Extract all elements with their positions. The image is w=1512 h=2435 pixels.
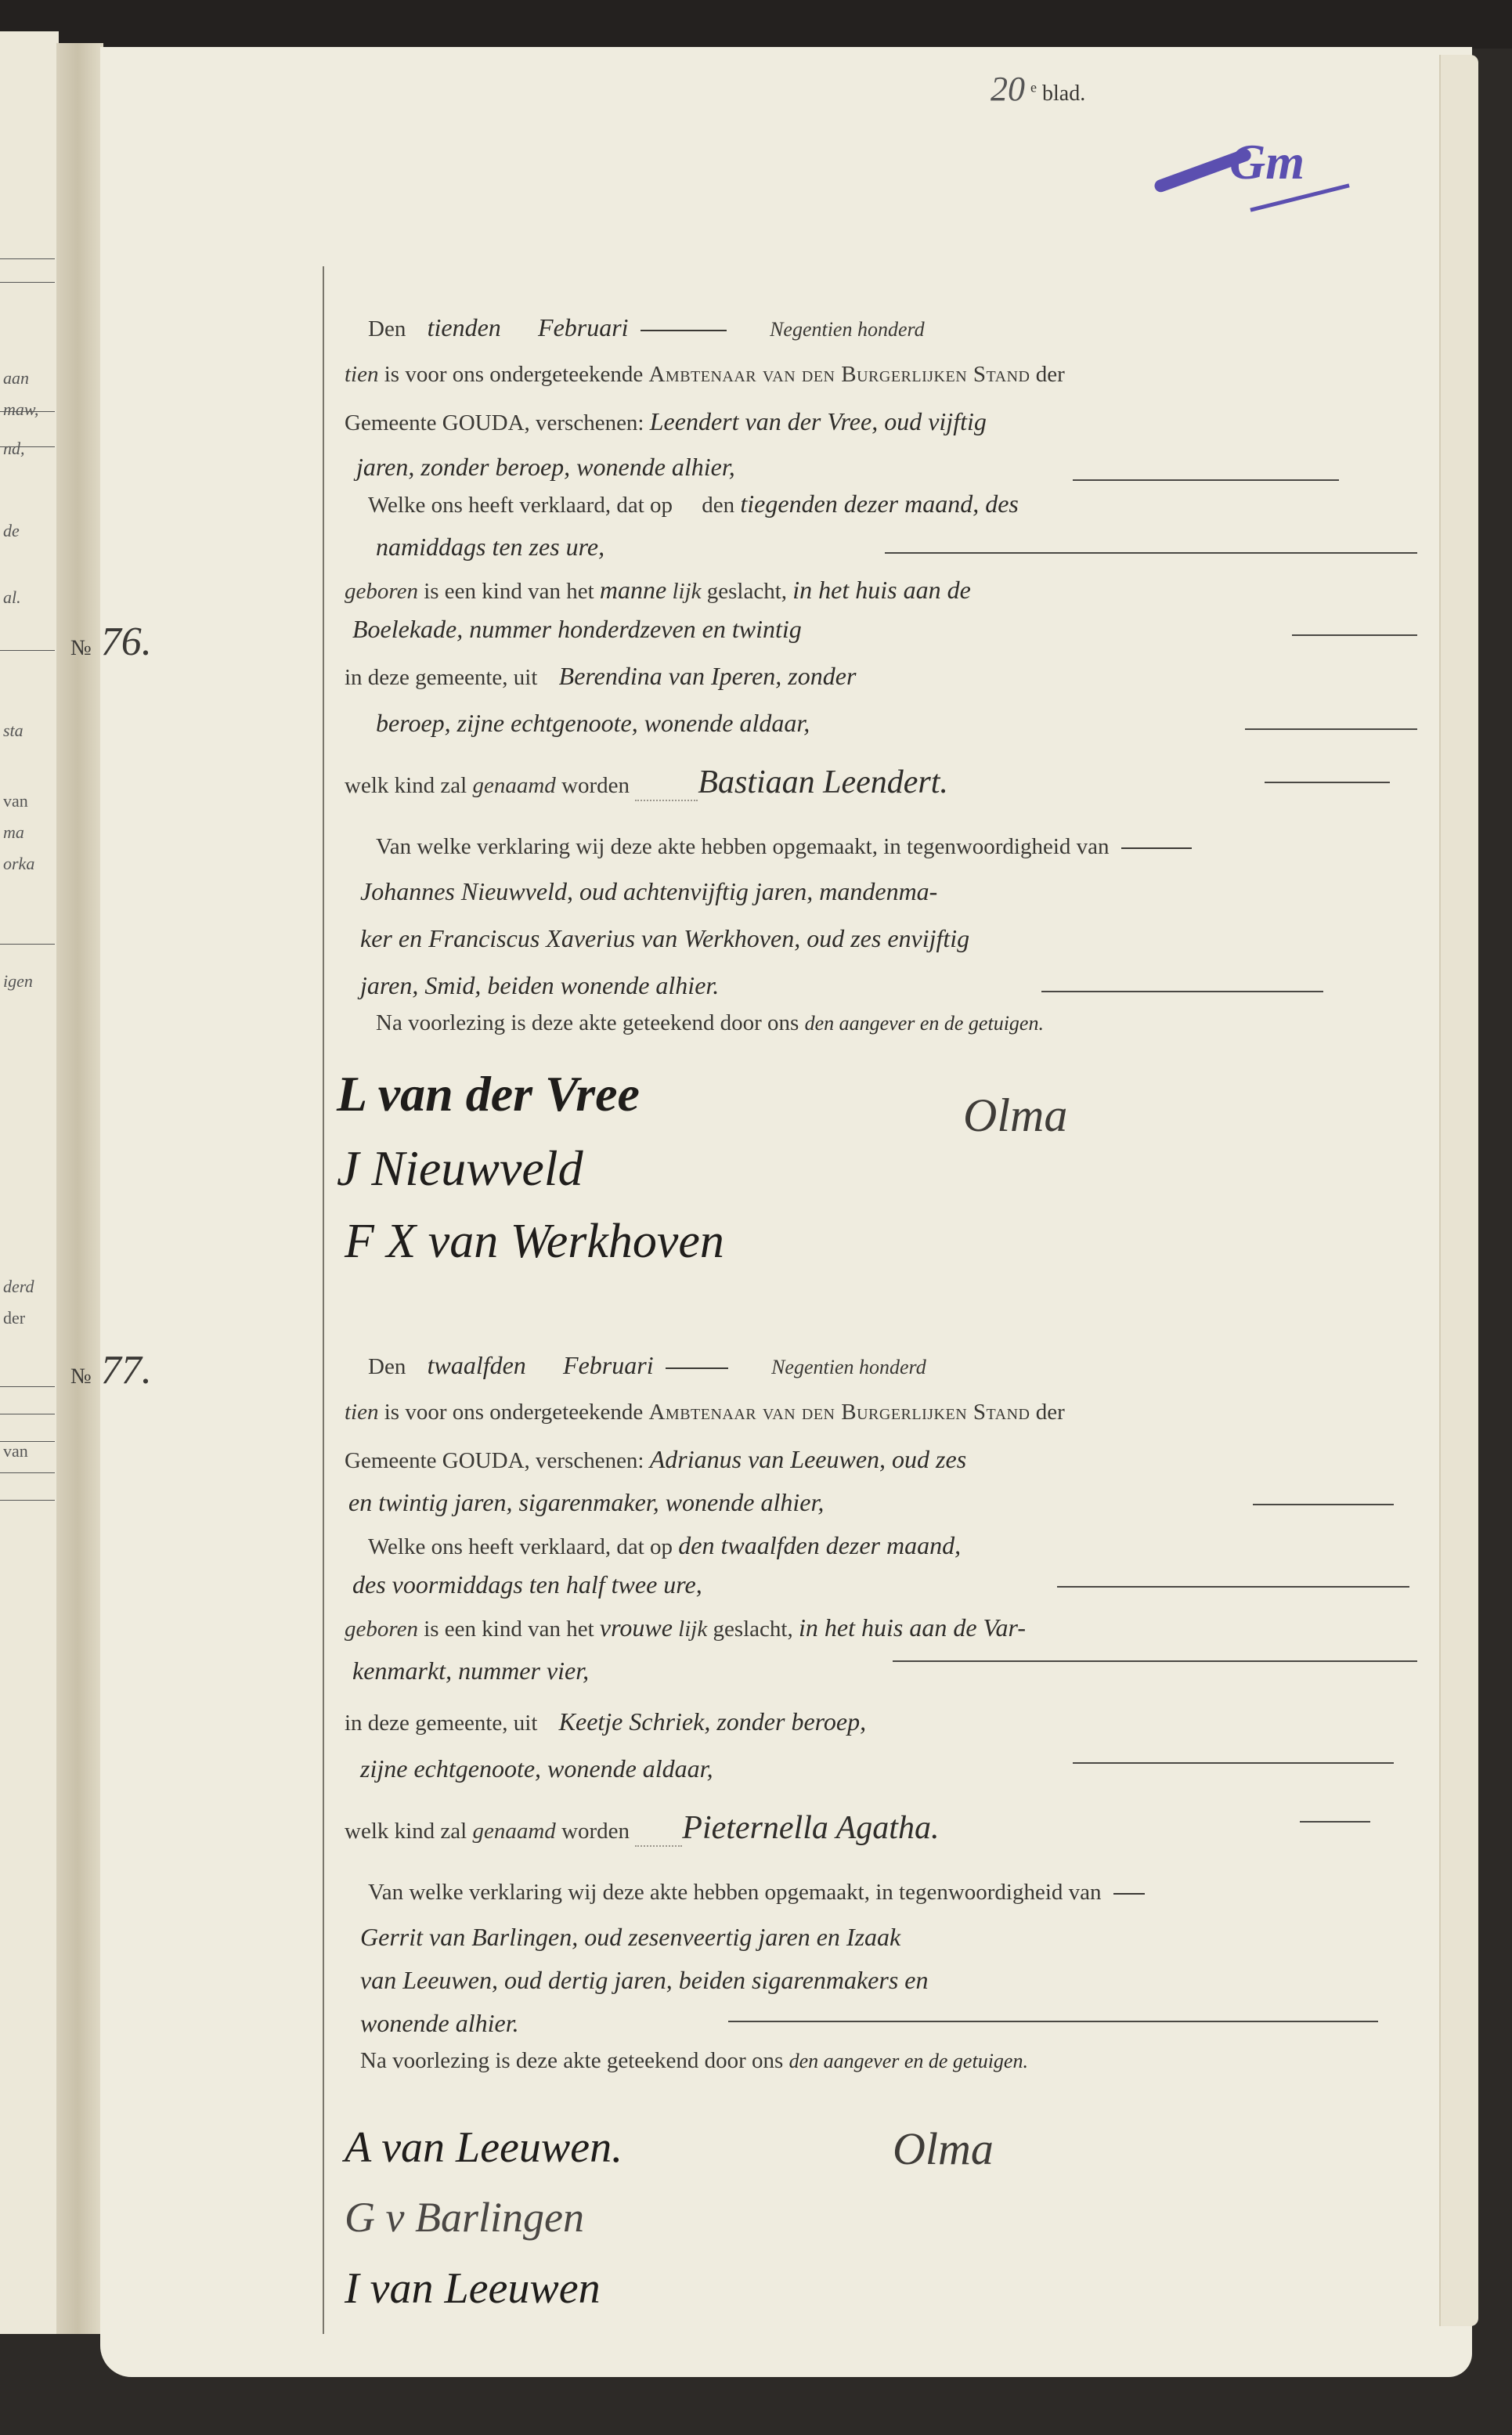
page-stack-edge [1439, 55, 1478, 2326]
filler-dash [1245, 728, 1417, 730]
left-page-rule [0, 411, 55, 412]
signature-witness-2: I van Leeuwen [345, 2263, 601, 2314]
child-name-line: welk kind zal genaamd worden Bastiaan Le… [345, 764, 948, 801]
birth-date: tiegenden dezer maand, des [740, 490, 1018, 518]
geslacht-label: geslacht, [707, 579, 787, 604]
left-page-rule [0, 944, 55, 945]
left-page-fragment: sta [3, 721, 23, 741]
mother-line: in deze gemeente, uit Keetje Schriek, zo… [345, 1707, 866, 1736]
born-label: geboren [345, 1617, 418, 1642]
signed-label: Na voorlezing is deze akte geteekend doo… [360, 2048, 783, 2073]
left-page-fragment: de [3, 521, 20, 541]
left-page-fragment: maw, [3, 399, 38, 420]
child-name-label-italic: genaamd [472, 773, 555, 798]
birth-date: den twaalfden dezer maand, [678, 1531, 961, 1559]
sheet-number-suffix: e [1030, 80, 1037, 96]
mother-line: in deze gemeente, uit Berendina van Iper… [345, 662, 856, 691]
left-page-rule [0, 1386, 55, 1387]
witnesses-label: Van welke verklaring wij deze akte hebbe… [368, 1880, 1102, 1905]
left-page-rule [0, 1414, 55, 1414]
signature-declarant: L van der Vree [337, 1065, 640, 1123]
signature-witness-1: G v Barlingen [345, 2193, 584, 2242]
witnesses-2: van Leeuwen, oud dertig jaren, beiden si… [360, 1966, 928, 1994]
label-before-official: is voor ons ondergeteekende [384, 362, 643, 387]
official-title: Ambtenaar van den Burgerlijken Stand [648, 1400, 1030, 1425]
witnesses-3: jaren, Smid, beiden wonende alhier. [360, 971, 719, 999]
record-month: Februari [538, 313, 629, 341]
act-number-value: 76. [101, 620, 152, 664]
act-number-value: 77. [101, 1348, 152, 1393]
child-sex: vrouwe [600, 1613, 673, 1642]
left-page-rule [0, 282, 55, 283]
record-day: twaalfden [428, 1351, 526, 1379]
left-page-fragment: der [3, 1308, 25, 1328]
mother-line-2: zijne echtgenoote, wonende aldaar, [345, 1754, 713, 1783]
signature-official: Olma [963, 1089, 1067, 1143]
address-line: kenmarkt, nummer vier, [345, 1656, 589, 1685]
label-den: Den [368, 1354, 406, 1379]
born-rest-label: is een kind van het [424, 1617, 594, 1642]
year-prefix: Negentien honderd [770, 318, 925, 341]
birth-time-line: des voormiddags ten half twee ure, [345, 1570, 702, 1599]
witnesses-intro-line: Van welke verklaring wij deze akte hebbe… [345, 834, 1198, 860]
witness-line-2: van Leeuwen, oud dertig jaren, beiden si… [345, 1966, 928, 1995]
label-der: der [1036, 1400, 1065, 1425]
left-page-rule [0, 650, 55, 651]
left-page-fragment: al. [3, 587, 21, 608]
geslacht-label: geslacht, [713, 1617, 792, 1642]
record-day: tienden [428, 313, 501, 341]
lijk-label: lijk [672, 579, 701, 604]
child-name-label: welk kind zal [345, 1819, 467, 1844]
filler-dash [1300, 1821, 1370, 1823]
mother-details: zijne echtgenoote, wonende aldaar, [360, 1754, 713, 1783]
filler-dash [1041, 991, 1323, 992]
filler-dash [1292, 634, 1417, 636]
signature-declarant: A van Leeuwen. [345, 2122, 622, 2173]
date-line: Den twaalfden Februari Negentien honderd [345, 1351, 926, 1380]
left-page-rule [0, 446, 55, 447]
witness-line-1: Johannes Nieuwveld, oud achtenvijftig ja… [345, 877, 937, 906]
witness-line-3: jaren, Smid, beiden wonende alhier. [345, 971, 719, 1000]
witnesses-2: ker en Franciscus Xaverius van Werkhoven… [360, 924, 969, 952]
declarant-line-2: en twintig jaren, sigarenmaker, wonende … [345, 1488, 824, 1517]
signed-by: den aangever en de getuigen. [805, 1012, 1044, 1035]
mother-name: Berendina van Iperen, zonder [559, 662, 857, 690]
child-name: Pieternella Agatha. [682, 1810, 939, 1846]
sheet-number: 20 e blad. [991, 69, 1085, 109]
mother-label: in deze gemeente, uit [345, 665, 537, 690]
witnesses-1: Gerrit van Barlingen, oud zesenveertig j… [360, 1923, 900, 1951]
act-number-label: № [70, 1364, 92, 1389]
municipality-label: Gemeente GOUDA, verschenen: [345, 410, 644, 435]
birth-place: in het huis aan de Var- [799, 1613, 1026, 1642]
declared-label: Welke ons heeft verklaard, dat op [368, 493, 673, 518]
signature-official: Olma [893, 2122, 994, 2175]
birth-address: kenmarkt, nummer vier, [352, 1656, 589, 1685]
signed-line: Na voorlezing is deze akte geteekend doo… [345, 2048, 1028, 2074]
filler-dash [1073, 1762, 1394, 1764]
child-name-label-end: worden [561, 773, 630, 798]
witness-line-2: ker en Franciscus Xaverius van Werkhoven… [345, 924, 969, 953]
declarant-line: Gemeente GOUDA, verschenen: Adrianus van… [345, 1445, 966, 1474]
year-prefix: Negentien honderd [771, 1356, 926, 1378]
sex-line: geboren is een kind van het manne lijk g… [345, 576, 971, 605]
birth-address: Boelekade, nummer honderdzeven en twinti… [352, 615, 802, 643]
filler-dash [1073, 479, 1339, 481]
official-line: tien is voor ons ondergeteekende Ambtena… [345, 1400, 1065, 1425]
left-page-edge: aan maw, nd, de al. sta van ma orka igen… [0, 31, 59, 2334]
witnesses-3: wonende alhier. [360, 2009, 519, 2037]
signed-line: Na voorlezing is deze akte geteekend doo… [345, 1010, 1044, 1036]
declared-label: Welke ons heeft verklaard, dat op [368, 1534, 673, 1559]
act-number-76: №76. [70, 619, 152, 665]
filler-dash [1265, 782, 1390, 783]
child-name-line: welk kind zal genaamd worden Pieternella… [345, 1809, 939, 1847]
label-der: der [1036, 362, 1065, 387]
signature-witness-1: J Nieuwveld [337, 1140, 583, 1198]
year-suffix: tien [345, 1400, 379, 1425]
birth-place: in het huis aan de [792, 576, 971, 604]
mother-details: beroep, zijne echtgenoote, wonende aldaa… [376, 709, 810, 737]
signature-witness-2: F X van Werkhoven [345, 1214, 724, 1270]
child-name: Bastiaan Leendert. [698, 764, 948, 800]
filler-dash [1057, 1586, 1409, 1588]
label-before-official: is voor ons ondergeteekende [384, 1400, 643, 1425]
left-page-fragment: van [3, 1441, 28, 1461]
left-page-rule [0, 1472, 55, 1473]
filler-dash [885, 552, 1417, 554]
declaration-line: Welke ons heeft verklaard, dat op den ti… [345, 490, 1019, 518]
mother-label: in deze gemeente, uit [345, 1711, 537, 1736]
birth-time: des voormiddags ten half twee ure, [352, 1570, 702, 1599]
witness-line-1: Gerrit van Barlingen, oud zesenveertig j… [345, 1923, 900, 1952]
signed-by: den aangever en de getuigen. [789, 2050, 1028, 2072]
witnesses-intro-line: Van welke verklaring wij deze akte hebbe… [345, 1880, 1151, 1906]
act-number-label: № [70, 636, 92, 660]
declarant-line-2: jaren, zonder beroep, wonende alhier, [345, 453, 735, 482]
mother-line-2: beroep, zijne echtgenoote, wonende aldaa… [345, 709, 810, 738]
margin-rule [323, 266, 324, 2334]
birth-time: namiddags ten zes ure, [376, 533, 604, 561]
filler-dash [893, 1660, 1417, 1662]
left-page-rule [0, 258, 55, 259]
child-name-label-end: worden [561, 1819, 630, 1844]
mother-name: Keetje Schriek, zonder beroep, [559, 1707, 866, 1736]
witnesses-label: Van welke verklaring wij deze akte hebbe… [376, 834, 1110, 859]
backdrop [0, 0, 1512, 49]
witnesses-1: Johannes Nieuwveld, oud achtenvijftig ja… [360, 877, 937, 905]
declarant-line: Gemeente GOUDA, verschenen: Leendert van… [345, 407, 987, 436]
record-month: Februari [563, 1351, 654, 1379]
label-den-small: den [702, 493, 734, 518]
sex-line: geboren is een kind van het vrouwe lijk … [345, 1613, 1026, 1642]
act-number-77: №77. [70, 1347, 152, 1393]
left-page-fragment: nd, [3, 439, 25, 459]
filler-dash [728, 2021, 1378, 2022]
left-page-fragment: ma [3, 822, 24, 843]
label-den: Den [368, 316, 406, 341]
filler-dash [1253, 1504, 1394, 1505]
official-title: Ambtenaar van den Burgerlijken Stand [648, 362, 1030, 387]
sheet-number-value: 20 [991, 70, 1025, 108]
official-stamp: Gm [1155, 133, 1351, 219]
child-name-label-italic: genaamd [472, 1819, 555, 1844]
municipality-label: Gemeente GOUDA, verschenen: [345, 1448, 644, 1473]
left-page-rule [0, 1500, 55, 1501]
date-line: Den tienden Februari Negentien honderd [345, 313, 925, 342]
book-gutter [56, 43, 103, 2334]
left-page-fragment: orka [3, 854, 34, 874]
witness-line-3: wonende alhier. [345, 2009, 519, 2038]
left-page-fragment: aan [3, 368, 29, 388]
sheet-label: blad. [1042, 81, 1085, 106]
born-rest-label: is een kind van het [424, 579, 594, 604]
declarant: Leendert van der Vree, oud vijftig [650, 407, 987, 435]
left-page-fragment: derd [3, 1277, 34, 1297]
declarant-details: jaren, zonder beroep, wonende alhier, [356, 453, 735, 481]
register-page [100, 47, 1472, 2377]
declarant: Adrianus van Leeuwen, oud zes [650, 1445, 966, 1473]
year-suffix: tien [345, 362, 379, 387]
stamp-initials: Gm [1229, 133, 1305, 191]
address-line: Boelekade, nummer honderdzeven en twinti… [345, 615, 802, 644]
child-sex: manne [600, 576, 666, 604]
born-label: geboren [345, 579, 418, 604]
lijk-label: lijk [678, 1617, 707, 1642]
left-page-fragment: van [3, 791, 28, 811]
left-page-fragment: igen [3, 971, 33, 992]
signed-label: Na voorlezing is deze akte geteekend doo… [376, 1010, 799, 1035]
declaration-line: Welke ons heeft verklaard, dat op den tw… [345, 1531, 961, 1560]
birth-time-line: namiddags ten zes ure, [345, 533, 604, 562]
child-name-label: welk kind zal [345, 773, 467, 798]
declarant-details: en twintig jaren, sigarenmaker, wonende … [348, 1488, 824, 1516]
official-line: tien is voor ons ondergeteekende Ambtena… [345, 362, 1065, 388]
